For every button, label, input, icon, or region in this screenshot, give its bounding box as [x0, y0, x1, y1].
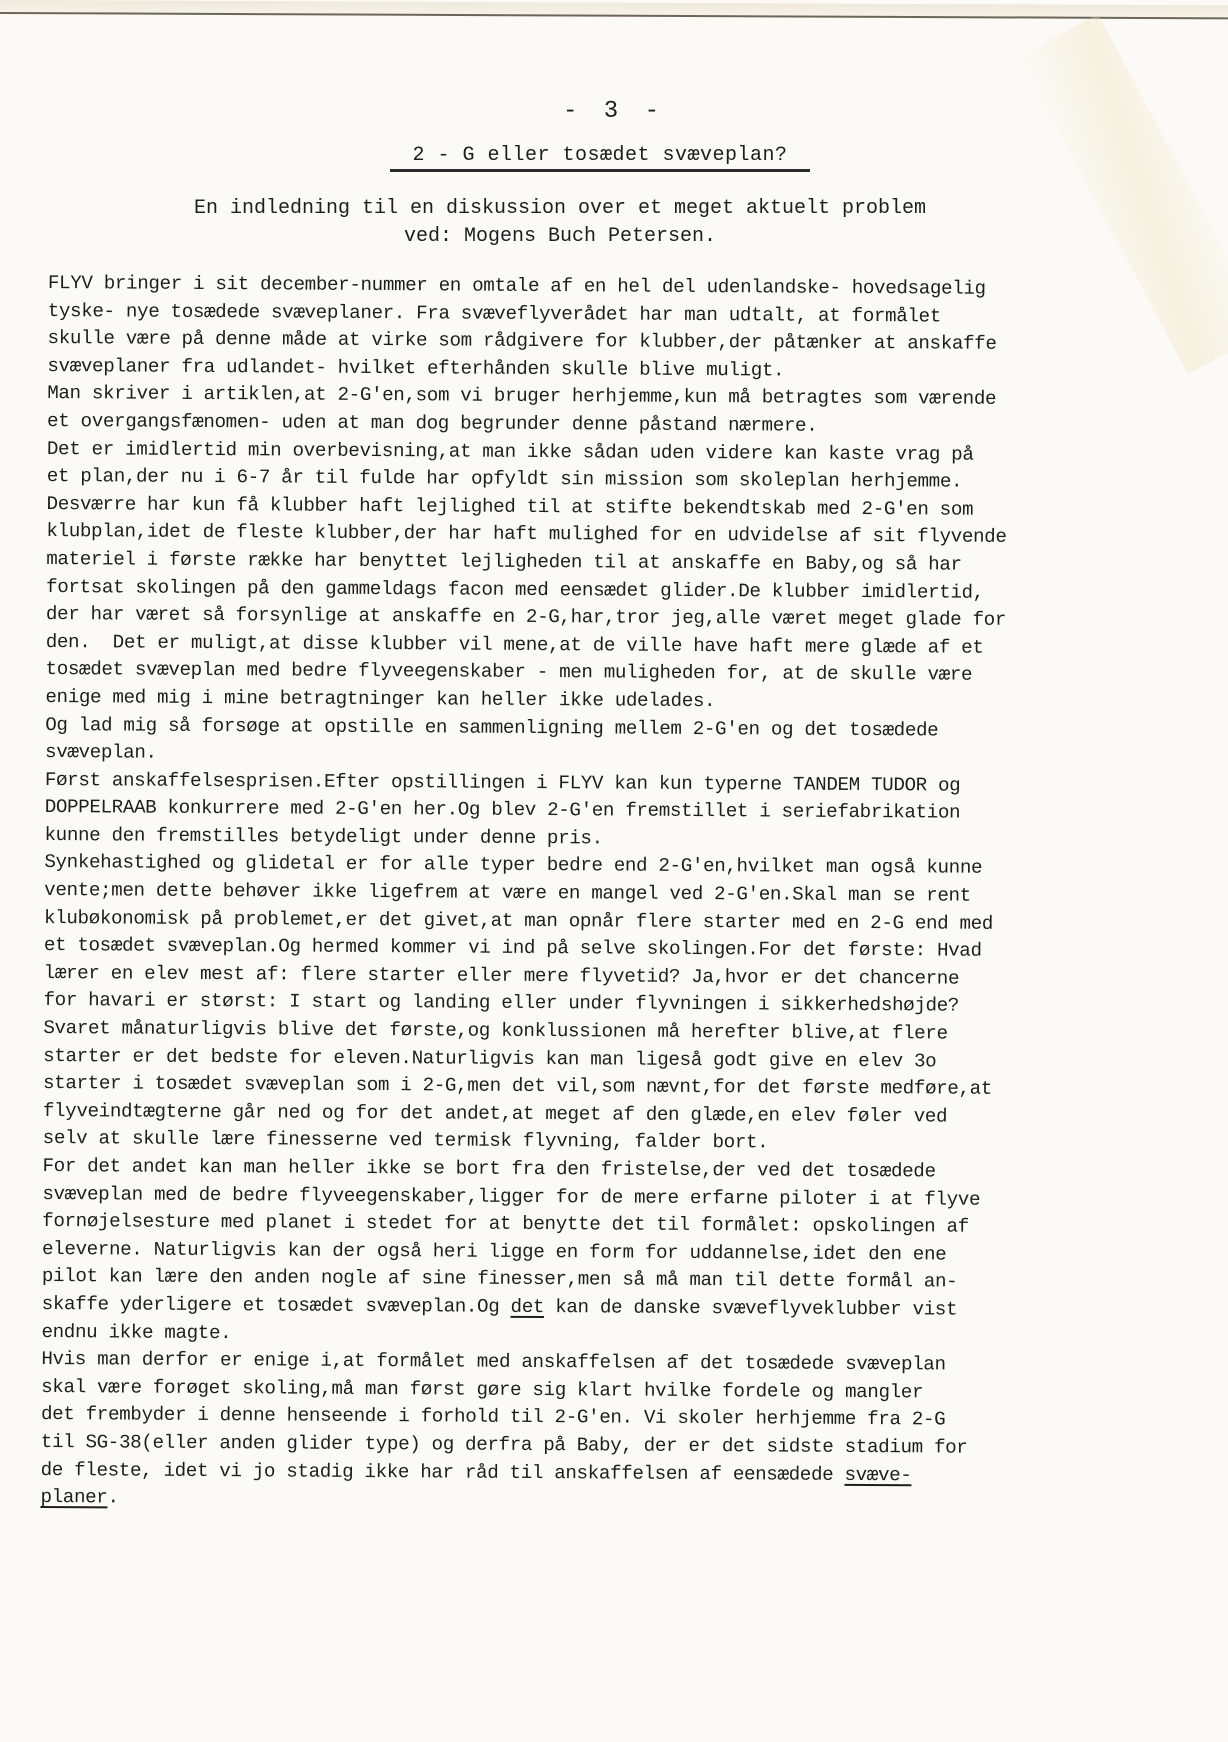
text-segment: pilot kan lære den anden nogle af sine f… — [42, 1265, 958, 1293]
text-segment: Desværre har kun få klubber haft lejligh… — [47, 493, 974, 521]
underlined-word: svæve- — [844, 1463, 911, 1485]
text-segment: Først anskaffelsesprisen.Efter opstillin… — [45, 769, 961, 797]
text-segment: Hvis man derfor er enige i,at formålet m… — [41, 1348, 945, 1376]
text-segment: FLYV bringer i sit december-nummer en om… — [48, 272, 986, 300]
text-segment: der har været så forsynlige at anskaffe … — [46, 603, 1006, 631]
text-segment: fortsat skolingen på den gammeldags faco… — [46, 576, 984, 604]
text-segment: skaffe yderligere et tosædet svæveplan.O… — [42, 1293, 511, 1318]
text-segment: Synkehastighed og glidetal er for alle t… — [44, 851, 982, 879]
page-top-edge — [0, 0, 1228, 19]
document-subtitle: En indledning til en diskussion over et … — [160, 195, 960, 251]
text-segment: et plan,der nu i 6-7 år til fulde har op… — [47, 465, 963, 493]
subtitle-author: ved: Mogens Buch Petersen. — [160, 223, 960, 251]
text-segment: Man skriver i artiklen,at 2-G'en,som vi … — [47, 382, 996, 410]
text-segment: starter i tosædet svæveplan som i 2-G,me… — [43, 1072, 992, 1100]
text-segment: lærer en elev mest af: flere starter ell… — [44, 962, 960, 990]
text-segment: vente;men dette behøver ikke ligefrem at… — [44, 879, 971, 907]
text-segment: DOPPELRAAB konkurrere med 2-G'en her.Og … — [45, 796, 961, 824]
underlined-word: det — [511, 1296, 545, 1318]
text-segment: svæveplan med de bedre flyveegenskaber,l… — [42, 1183, 980, 1211]
text-segment: flyveindtægterne går ned og for det ande… — [43, 1100, 947, 1128]
subtitle-line-1: En indledning til en diskussion over et … — [160, 195, 960, 223]
text-segment: klubplan,idet de fleste klubber,der har … — [46, 520, 1006, 548]
text-segment: For det andet kan man heller ikke se bor… — [42, 1155, 935, 1182]
text-segment: for havari er størst: I start og landing… — [43, 989, 959, 1017]
text-segment: klubøkonomisk på problemet,er det givet,… — [44, 907, 993, 935]
text-segment: svæveplan. — [45, 741, 157, 764]
text-segment: Og lad mig så forsøge at opstille en sam… — [45, 713, 938, 740]
text-segment: et tosædet svæveplan.Og hermed kommer vi… — [44, 934, 982, 962]
text-segment: kan de danske svæveflyveklubber vist — [544, 1296, 957, 1321]
text-segment: . — [107, 1487, 118, 1509]
text-segment: skulle være på denne måde at virke som r… — [48, 327, 997, 355]
text-segment: de fleste, idet vi jo stadig ikke har rå… — [41, 1459, 845, 1486]
text-segment: materiel i første række har benyttet lej… — [46, 548, 962, 576]
text-line: planer. — [40, 1484, 1160, 1518]
text-segment: det frembyder i denne henseende i forhol… — [41, 1403, 945, 1431]
text-segment: den. Det er muligt,at disse klubber vil … — [46, 631, 984, 659]
page-number: - 3 - — [0, 98, 1228, 125]
text-segment: Svaret månaturligvis blive det første,og… — [43, 1017, 947, 1045]
document-title: 2 - G eller tosædet svæveplan? — [390, 144, 810, 172]
text-segment: enige med mig i mine betragtninger kan h… — [45, 686, 715, 712]
text-segment: Det er imidlertid min overbevisning,at m… — [47, 438, 974, 466]
text-segment: til SG-38(eller anden glider type) og de… — [41, 1431, 968, 1459]
text-segment: endnu ikke magte. — [41, 1321, 231, 1344]
text-segment: kunne den fremstilles betydeligt under d… — [44, 824, 602, 849]
underlined-word: planer — [40, 1486, 107, 1508]
text-segment: eleverne. Naturligvis kan der også heri … — [42, 1238, 946, 1266]
text-segment: tyske- nye tosædede svæveplaner. Fra svæ… — [48, 300, 941, 327]
text-segment: et overgangsfænomen- uden at man dog beg… — [47, 410, 817, 437]
document-body: FLYV bringer i sit december-nummer en om… — [40, 270, 1168, 1519]
text-segment: selv at skulle lære finesserne ved termi… — [43, 1127, 769, 1153]
text-segment: fornøjelsesture med planet i stedet for … — [42, 1210, 969, 1238]
text-segment: svæveplaner fra udlandet- hvilket efterh… — [47, 355, 784, 382]
text-segment: starter er det bedste for eleven.Naturli… — [43, 1045, 936, 1072]
text-segment: skal være forøget skoling,må man først g… — [41, 1376, 923, 1403]
text-segment: tosædet svæveplan med bedre flyveegenska… — [45, 658, 972, 686]
